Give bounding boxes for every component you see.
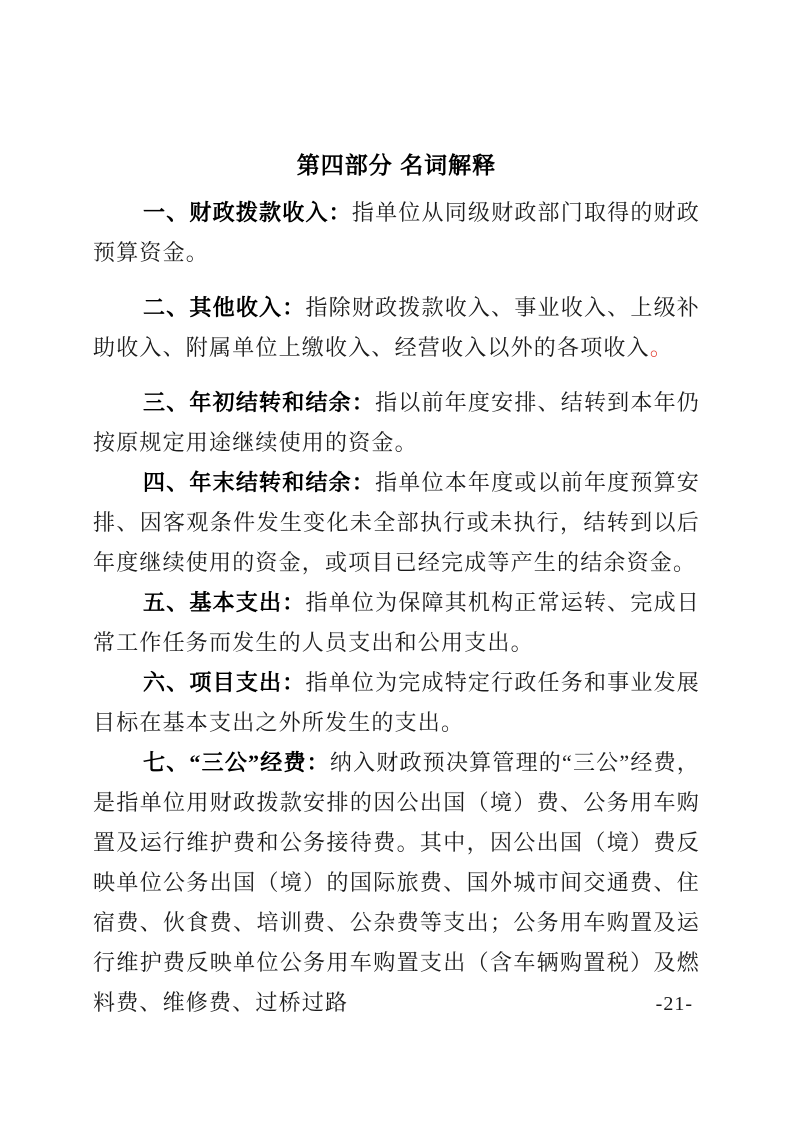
glossary-paragraph-1: 一、财政拨款收入：指单位从同级财政部门取得的财政预算资金。 <box>93 193 700 273</box>
term-definition: 纳入财政预决算管理的“三公”经费，是指单位用财政拨款安排的因公出国（境）费、公务… <box>93 750 700 1015</box>
term-label: 六、项目支出： <box>143 670 305 695</box>
glossary-paragraph-3: 三、年初结转和结余：指以前年度安排、结转到本年仍按原规定用途继续使用的资金。 <box>93 383 700 463</box>
glossary-paragraph-2: 二、其他收入：指除财政拨款收入、事业收入、上级补助收入、附属单位上缴收入、经营收… <box>93 288 700 368</box>
page-title: 第四部分 名词解释 <box>0 148 793 182</box>
document-body: 一、财政拨款收入：指单位从同级财政部门取得的财政预算资金。 二、其他收入：指除财… <box>93 193 700 1023</box>
term-label: 三、年初结转和结余： <box>143 390 375 415</box>
term-label: 二、其他收入： <box>143 295 305 320</box>
document-page: 第四部分 名词解释 一、财政拨款收入：指单位从同级财政部门取得的财政预算资金。 … <box>0 0 793 1122</box>
glossary-paragraph-7: 七、“三公”经费：纳入财政预决算管理的“三公”经费，是指单位用财政拨款安排的因公… <box>93 743 700 1023</box>
term-label: 五、基本支出： <box>143 590 305 615</box>
red-period: 。 <box>650 335 673 360</box>
glossary-paragraph-6: 六、项目支出：指单位为完成特定行政任务和事业发展目标在基本支出之外所发生的支出。 <box>93 663 700 743</box>
page-number: -21- <box>656 991 693 1017</box>
glossary-paragraph-4: 四、年末结转和结余：指单位本年度或以前年度预算安排、因客观条件发生变化未全部执行… <box>93 463 700 583</box>
term-label: 一、财政拨款收入： <box>143 200 352 225</box>
glossary-paragraph-5: 五、基本支出：指单位为保障其机构正常运转、完成日常工作任务而发生的人员支出和公用… <box>93 583 700 663</box>
term-label: 四、年末结转和结余： <box>143 470 375 495</box>
term-label: 七、“三公”经费： <box>143 750 330 775</box>
